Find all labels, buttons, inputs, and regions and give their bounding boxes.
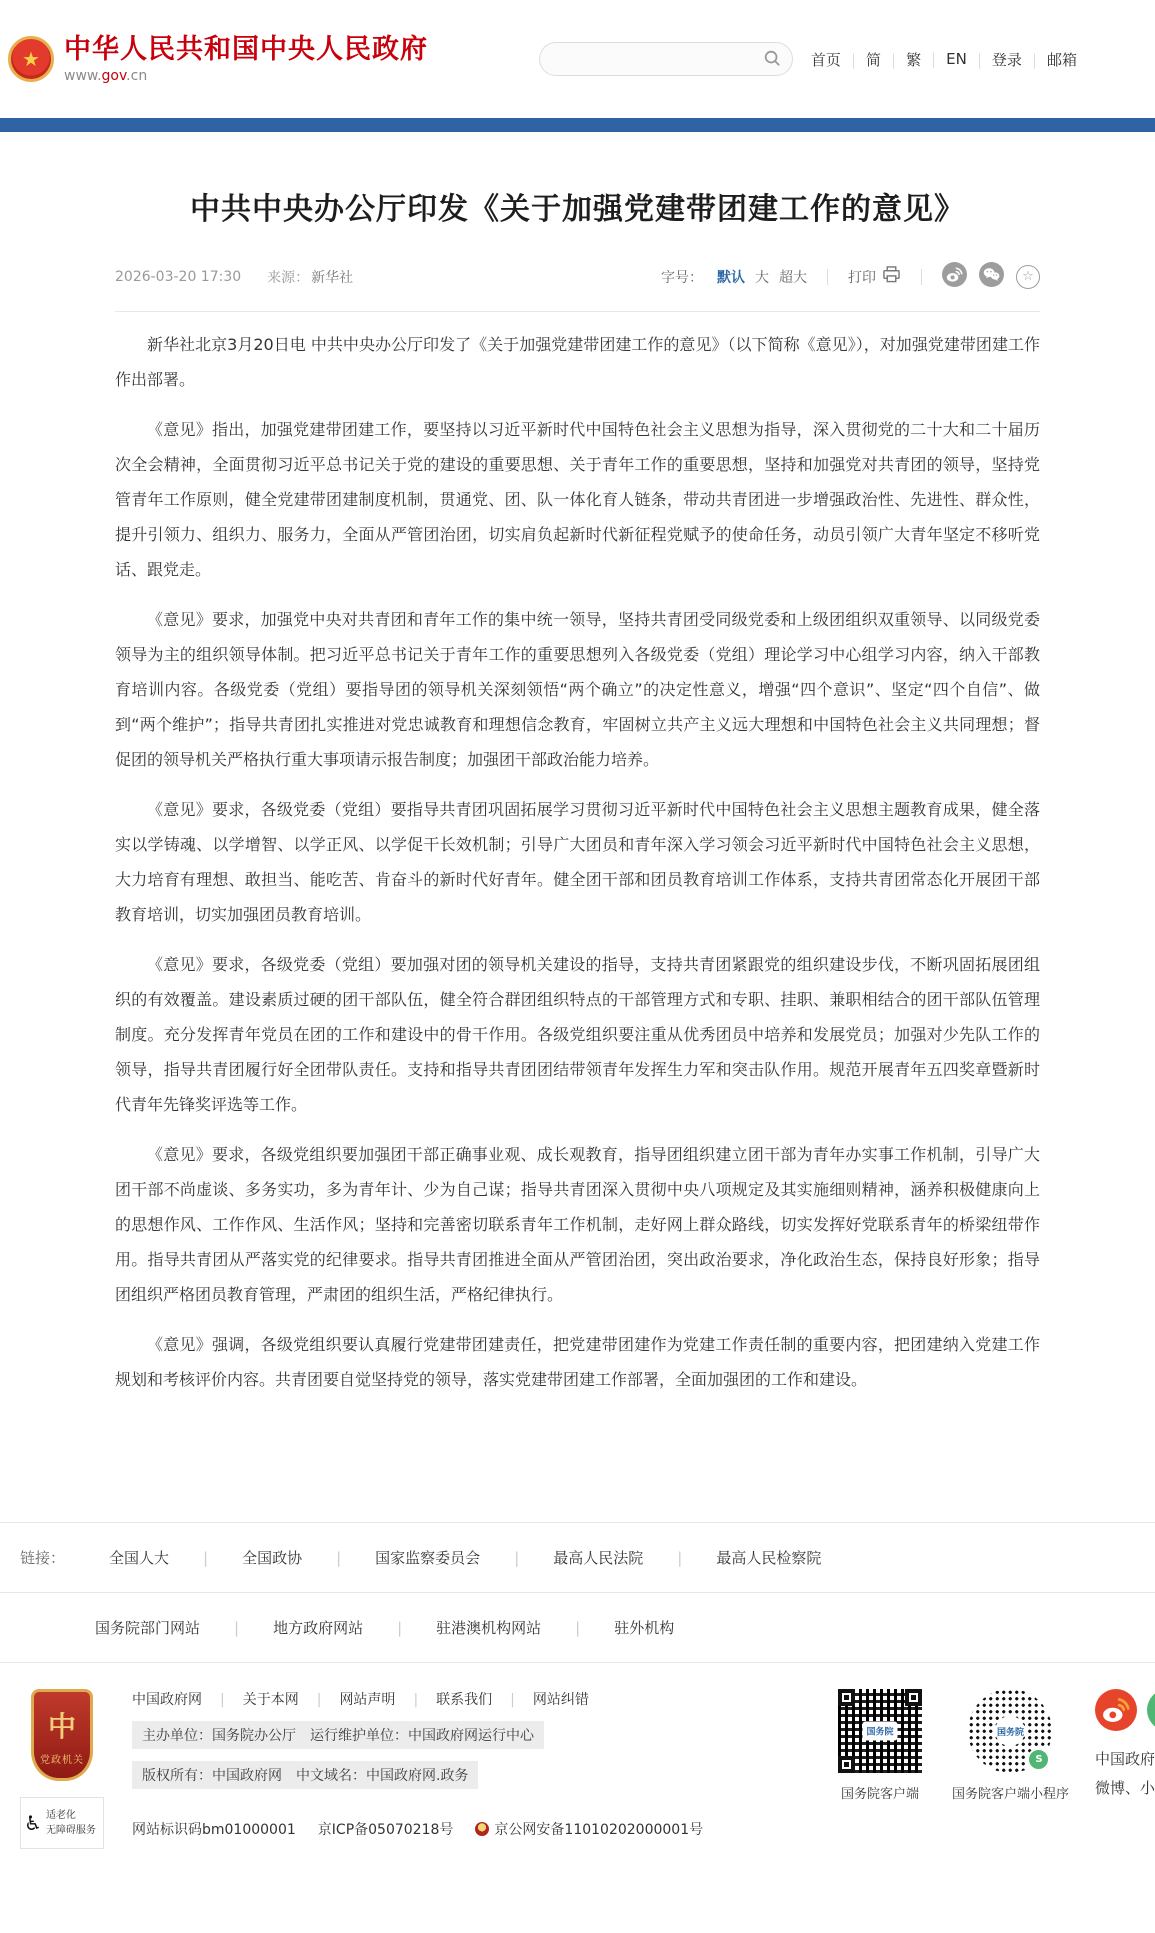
copyright-info: 版权所有：中国政府网 中文域名：中国政府网.政务 [132, 1761, 478, 1789]
search-icon[interactable] [763, 49, 781, 71]
footer-links-list2: 国务院部门网站地方政府网站驻港澳机构网站驻外机构 [95, 1617, 674, 1638]
source-label: 来源： [267, 270, 309, 286]
weibo-share-icon[interactable] [942, 262, 967, 291]
font-size-option[interactable]: 默认 [717, 267, 745, 287]
qr-center-logo: 国务院 [995, 1716, 1025, 1746]
font-size-options: 默认大超大 [717, 267, 807, 287]
accessibility-service-button[interactable]: ♿ 适老化 无障碍服务 [20, 1797, 104, 1849]
print-label: 打印 [848, 267, 876, 287]
wheelchair-icon: ♿ [24, 1811, 42, 1835]
top-nav-item[interactable]: 登录 [967, 49, 1022, 70]
footer-links-row1: 链接： 全国人大全国政协国家监察委员会最高人民法院最高人民检察院 [0, 1522, 1155, 1592]
article-paragraph: 《意见》要求，各级党组织要加强团干部正确事业观、成长观教育，指导团组织建立团干部… [115, 1137, 1040, 1312]
icp-license-link[interactable]: 京ICP备05070218号 [318, 1819, 454, 1839]
footer-link[interactable]: 驻港澳机构网站 [363, 1617, 541, 1638]
site-id-row: 网站标识码bm01000001 京ICP备05070218号 京公网安备1101… [132, 1819, 812, 1839]
top-nav-item[interactable]: 繁 [881, 49, 921, 70]
social-icons [1095, 1689, 1155, 1731]
footer-links-row2: 国务院部门网站地方政府网站驻港澳机构网站驻外机构 [0, 1592, 1155, 1663]
shield-label: 党政机关 [40, 1751, 84, 1766]
qr-finder [905, 1689, 922, 1706]
shield-emblem-icon: 中 [48, 1705, 76, 1745]
site-id: 网站标识码bm01000001 [132, 1819, 296, 1839]
font-size-label: 字号： [661, 267, 703, 287]
qr-center-logo: 国务院 [862, 1722, 897, 1741]
meta-right: 字号： 默认大超大 打印 ☆ [661, 262, 1040, 291]
search-input[interactable] [539, 42, 793, 76]
site-logo[interactable]: ★ 中华人民共和国中央人民政府 www.gov.cn [8, 34, 428, 84]
font-size-option[interactable]: 超大 [779, 267, 807, 287]
source: 来源：新华社 [267, 267, 353, 287]
site-header: ★ 中华人民共和国中央人民政府 www.gov.cn 首页简繁EN登录邮箱 [0, 0, 1155, 118]
footer-link[interactable]: 最高人民检察院 [643, 1547, 821, 1568]
qr-finder [838, 1689, 855, 1706]
footer-link[interactable]: 最高人民法院 [480, 1547, 643, 1568]
party-government-badge[interactable]: 中 党政机关 [31, 1689, 93, 1781]
top-nav-item[interactable]: 首页 [811, 49, 841, 70]
article-paragraph: 新华社北京3月20日电 中共中央办公厅印发了《关于加强党建带团建工作的意见》（以… [115, 327, 1040, 397]
article-paragraph: 《意见》要求，加强党中央对共青团和青年工作的集中统一领导，坚持共青团受同级党委和… [115, 602, 1040, 777]
footer-link[interactable]: 国家监察委员会 [302, 1547, 480, 1568]
article-paragraph: 《意见》要求，各级党委（党组）要指导共青团巩固拓展学习贯彻习近平新时代中国特色社… [115, 792, 1040, 932]
footer-social: 中国政府网 微博、小程序 [1095, 1689, 1155, 1802]
accessibility-line2: 无障碍服务 [46, 1823, 96, 1838]
security-record-text: 京公网安备11010202000001号 [494, 1819, 703, 1839]
qr-block-client: 国务院 国务院客户端 [838, 1689, 922, 1802]
article: 中共中央办公厅印发《关于加强党建带团建工作的意见》 2026-03-20 17:… [115, 184, 1040, 1522]
site-url-www: www. [64, 68, 102, 84]
site-title: 中华人民共和国中央人民政府 [64, 34, 428, 65]
organizer-info: 主办单位：国务院办公厅 运行维护单位：中国政府网运行中心 [132, 1721, 544, 1749]
print-button[interactable]: 打印 [848, 266, 901, 287]
footer-nav-item[interactable]: 网站声明 [299, 1689, 396, 1709]
meta-left: 2026-03-20 17:30 来源：新华社 [115, 267, 353, 287]
social-caption-line2: 微博、小程序 [1095, 1774, 1155, 1803]
site-footer: 中 党政机关 ♿ 适老化 无障碍服务 中国政府网关于本网网站声明联系我们网站纠错… [0, 1663, 1155, 1933]
social-caption-line1: 中国政府网 [1095, 1745, 1155, 1774]
top-blue-bar [0, 118, 1155, 132]
header-right: 首页简繁EN登录邮箱 [539, 42, 1077, 76]
site-url-gov: gov [102, 68, 127, 84]
article-paragraph: 《意见》强调，各级党组织要认真履行党建带团建责任，把党建带团建作为党建工作责任制… [115, 1327, 1040, 1397]
national-emblem-icon: ★ [8, 36, 54, 82]
meta-divider [115, 311, 1040, 312]
qr-code-miniprogram: 国务院 S [968, 1689, 1052, 1773]
qr-finder [838, 1756, 855, 1773]
divider [827, 269, 828, 285]
weibo-icon[interactable] [1095, 1689, 1137, 1731]
source-link[interactable]: 新华社 [311, 270, 353, 286]
qr-label-miniprogram: 国务院客户端小程序 [952, 1783, 1069, 1802]
police-badge-icon [475, 1822, 489, 1836]
footer-info: 中国政府网关于本网网站声明联系我们网站纠错 主办单位：国务院办公厅 运行维护单位… [132, 1689, 812, 1839]
wechat-share-icon[interactable] [979, 262, 1004, 291]
footer-links-list1: 全国人大全国政协国家监察委员会最高人民法院最高人民检察院 [109, 1547, 821, 1568]
article-title: 中共中央办公厅印发《关于加强党建带团建工作的意见》 [115, 184, 1040, 228]
footer-link[interactable]: 地方政府网站 [200, 1617, 363, 1638]
mini-program-badge-icon: S [1027, 1748, 1050, 1771]
top-nav-item[interactable]: EN [921, 50, 967, 68]
footer-link[interactable]: 全国政协 [169, 1547, 302, 1568]
links-label: 链接： [20, 1547, 65, 1568]
footer-nav-item[interactable]: 联系我们 [395, 1689, 492, 1709]
footer-link[interactable]: 驻外机构 [541, 1617, 674, 1638]
printer-icon [882, 266, 901, 287]
footer-link[interactable]: 国务院部门网站 [95, 1617, 200, 1638]
footer-link[interactable]: 全国人大 [109, 1547, 169, 1568]
qr-code-gov-client: 国务院 [838, 1689, 922, 1773]
article-meta: 2026-03-20 17:30 来源：新华社 字号： 默认大超大 打印 [115, 262, 1040, 291]
share-icons: ☆ [942, 262, 1040, 291]
qr-label-client: 国务院客户端 [841, 1783, 919, 1802]
accessibility-line1: 适老化 [46, 1808, 96, 1823]
font-size-option[interactable]: 大 [755, 267, 769, 287]
qr-area: 国务院 国务院客户端 国务院 S 国务院客户端小程序 [838, 1689, 1069, 1802]
qr-block-miniprogram: 国务院 S 国务院客户端小程序 [952, 1689, 1069, 1802]
footer-nav-item[interactable]: 网站纠错 [492, 1689, 589, 1709]
site-url[interactable]: www.gov.cn [64, 68, 147, 84]
footer-badges: 中 党政机关 ♿ 适老化 无障碍服务 [18, 1689, 106, 1849]
footer-nav: 中国政府网关于本网网站声明联系我们网站纠错 [132, 1689, 812, 1709]
favorite-share-icon[interactable]: ☆ [1016, 265, 1040, 289]
top-nav: 首页简繁EN登录邮箱 [811, 49, 1077, 70]
article-paragraph: 《意见》指出，加强党建带团建工作，要坚持以习近平新时代中国特色社会主义思想为指导… [115, 412, 1040, 587]
publish-date: 2026-03-20 17:30 [115, 269, 241, 285]
top-nav-item[interactable]: 邮箱 [1022, 49, 1077, 70]
footer-links-section: 链接： 全国人大全国政协国家监察委员会最高人民法院最高人民检察院 国务院部门网站… [0, 1522, 1155, 1663]
footer-nav-item[interactable]: 中国政府网 [132, 1689, 202, 1709]
wechat-icon[interactable] [1147, 1689, 1155, 1731]
footer-nav-item[interactable]: 关于本网 [202, 1689, 299, 1709]
article-paragraph: 《意见》要求，各级党委（党组）要加强对团的领导机关建设的指导，支持共青团紧跟党的… [115, 947, 1040, 1122]
divider [921, 269, 922, 285]
security-record-link[interactable]: 京公网安备11010202000001号 [475, 1819, 703, 1839]
search-box [539, 42, 793, 76]
site-url-cn: .cn [126, 68, 147, 84]
page: ★ 中华人民共和国中央人民政府 www.gov.cn 首页简繁EN登录邮箱 中共… [0, 0, 1155, 1933]
top-nav-item[interactable]: 简 [841, 49, 881, 70]
article-body: 新华社北京3月20日电 中共中央办公厅印发了《关于加强党建带团建工作的意见》（以… [115, 327, 1040, 1397]
